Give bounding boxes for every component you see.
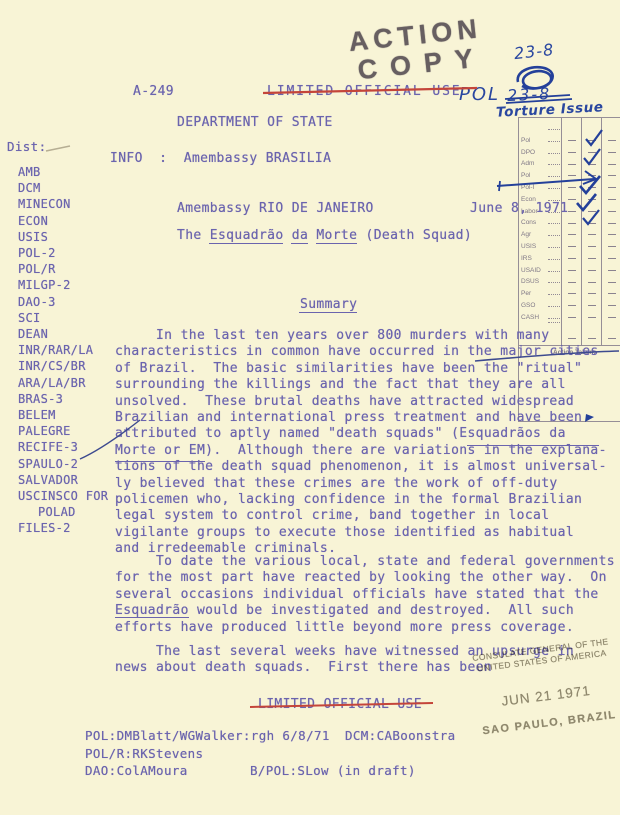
routing-row: DSUS <box>519 274 620 286</box>
dist-item: PALEGRE <box>18 423 108 439</box>
document-number: A-249 <box>133 84 174 99</box>
routing-row: GSO <box>519 297 620 309</box>
dist-item: DAO-3 <box>18 294 108 310</box>
routing-row: Cons <box>519 215 620 227</box>
underline-mark <box>316 243 357 244</box>
routing-row: Pol-I <box>519 179 620 191</box>
dist-item: USIS <box>18 229 108 245</box>
dist-item: MINECON <box>18 196 108 212</box>
dist-item: FILES-2 <box>18 520 108 536</box>
dist-item: POL-2 <box>18 245 108 261</box>
routing-row: Pol <box>519 167 620 179</box>
body-paragraph-2: To date the various local, state and fed… <box>115 554 615 636</box>
routing-row: USIS <box>519 238 620 250</box>
dist-item: BRAS-3 <box>18 391 108 407</box>
routing-row: CASH <box>519 309 620 321</box>
routing-row: Adm <box>519 156 620 168</box>
date-line: June 8, 1971 <box>470 201 568 216</box>
underline-mark <box>291 243 308 244</box>
pencil-dash <box>46 146 70 151</box>
action-copy-stamp: ACTION COPY <box>347 13 487 87</box>
dist-item: DCM <box>18 180 108 196</box>
polr-clearance: POL/R:RKStevens <box>85 746 203 761</box>
pen-arrow-tick <box>499 181 500 191</box>
underline-mark <box>115 461 205 462</box>
routing-row: Per <box>519 285 620 297</box>
dist-item: SALVADOR <box>18 472 108 488</box>
dist-item: AMB <box>18 164 108 180</box>
dist-item: SPAULO-2 <box>18 456 108 472</box>
dist-item: INR/CS/BR <box>18 358 108 374</box>
dao-clearance: DAO:ColAMoura <box>85 763 188 778</box>
dist-item: ARA/LA/BR <box>18 375 108 391</box>
from-line: Amembassy RIO DE JANEIRO <box>177 201 374 216</box>
department-title: DEPARTMENT OF STATE <box>177 115 333 130</box>
distribution-list: AMB DCM MINECON ECON USIS POL-2 POL/R MI… <box>18 164 108 537</box>
dist-item: RECIFE-3 <box>18 439 108 455</box>
handwritten-pol: POL <box>459 84 500 105</box>
underline-mark <box>115 617 189 618</box>
routing-row-header <box>519 118 620 132</box>
routing-row: USAID <box>519 262 620 274</box>
bpol-clearance: B/POL:SLow (in draft) <box>250 763 416 778</box>
dist-label: Dist: <box>7 139 46 154</box>
routing-row: Agr <box>519 226 620 238</box>
dist-item: SCI <box>18 310 108 326</box>
subject-line: The Esquadrão da Morte (Death Squad) <box>177 228 472 243</box>
dist-item: ECON <box>18 213 108 229</box>
body-paragraph-1: In the last ten years over 800 murders w… <box>115 328 607 558</box>
dcm-clearance: DCM:CABoonstra <box>345 728 456 743</box>
routing-row: IRS <box>519 250 620 262</box>
dist-item: POLAD <box>18 504 108 520</box>
dist-item: MILGP-2 <box>18 277 108 293</box>
consulate-stamp-date: JUN 21 1971 <box>453 677 620 714</box>
dist-item: POL/R <box>18 261 108 277</box>
info-line: INFO : Amembassy BRASILIA <box>110 151 331 166</box>
classification-bottom: LIMITED OFFICIAL USE <box>258 697 422 712</box>
dist-item: DEAN <box>18 326 108 342</box>
handwritten-file-number: 23-8 <box>513 40 555 63</box>
dist-item: INR/RAR/LA <box>18 342 108 358</box>
drafter-line: POL:DMBlatt/WGWalker:rgh 6/8/71 <box>85 728 330 743</box>
routing-row: Pol <box>519 132 620 144</box>
underline-mark <box>209 243 283 244</box>
dist-item: USCINSCO FOR <box>18 488 108 504</box>
scanned-document-page: ACTION COPY 23-8 POL 23-8 Torture Issue … <box>0 0 620 815</box>
summary-heading: Summary <box>300 297 357 312</box>
dist-item: BELEM <box>18 407 108 423</box>
routing-row: DPO <box>519 144 620 156</box>
underline-mark <box>467 445 599 446</box>
underline-mark <box>299 312 357 313</box>
classification-top: LIMITED OFFICIAL USE <box>267 84 462 99</box>
